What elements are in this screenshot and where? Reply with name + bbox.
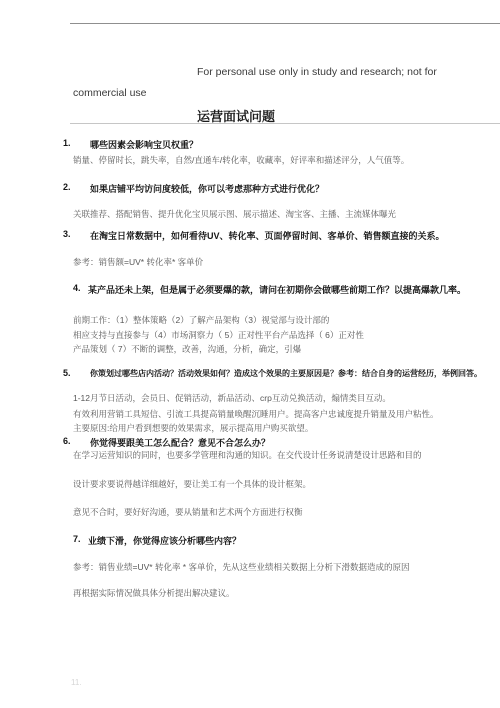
question-item-5: 5. 你策划过哪些店内活动？活动效果如何？造成这个效果的主要原因是？参考：结合自… xyxy=(0,368,500,381)
question-item-2: 2. 如果店铺平均访问度较低，你可以考虑那种方式进行优化？ xyxy=(0,182,500,195)
question-number: 5. xyxy=(63,368,71,378)
question-item-4: 4. 某产品还未上架，但是属于必须要爆的款，请问在初期你会做哪些前期工作？以提高… xyxy=(0,283,500,296)
answer-line: 前期工作：（1）整体策略（2）了解产品架构（3）视觉部与设计部的 xyxy=(73,314,329,326)
question-number: 6. xyxy=(63,436,71,446)
question-item-7: 7. 业绩下滑，你觉得应该分析哪些内容？ xyxy=(0,534,500,547)
question-text: 如果店铺平均访问度较低，你可以考虑那种方式进行优化？ xyxy=(90,182,324,195)
question-number: 7. xyxy=(73,534,81,544)
question-text: 业绩下滑，你觉得应该分析哪些内容？ xyxy=(88,534,241,547)
answer-line: 意见不合时，要好好沟通，要从销量和艺术两个方面进行权衡 xyxy=(73,506,303,518)
question-text: 在淘宝日常数据中，如何看待UV、转化率、页面停留时间、客单价、销售额直接的关系。 xyxy=(90,229,445,242)
answer-line: 销量、停留时长，跳失率，自然/直通车/转化率，收藏率，好评率和描述评分，人气值等… xyxy=(73,154,409,166)
license-disclaimer: For personal use only in study and resea… xyxy=(73,62,483,104)
answer-line: 1-12月节日活动，会员日、促销活动，新品活动、crp互动兑换活动，煽情类目互动… xyxy=(73,392,391,404)
question-item-3: 3. 在淘宝日常数据中，如何看待UV、转化率、页面停留时间、客单价、销售额直接的… xyxy=(0,229,500,242)
answer-line: 相应支持与直接参与（4）市场洞察力（ 5）正对性平台产品选择（ 6）正对性 xyxy=(73,329,364,341)
answer-line: 有效利用营销工具短信、引流工具提高销量唤醒沉睡用户。提高客户忠诚度提升销量及用户… xyxy=(73,408,439,420)
question-text: 你策划过哪些店内活动？活动效果如何？造成这个效果的主要原因是？参考：结合自身的运… xyxy=(90,368,482,379)
question-text: 哪些因素会影响宝贝权重？ xyxy=(90,138,198,151)
question-item-1: 1. 哪些因素会影响宝贝权重？ xyxy=(0,138,500,151)
disclaimer-line1: For personal use only in study and resea… xyxy=(197,62,483,83)
answer-line: 主要原因:给用户看到想要的效果需求，展示提高用户购买欲望。 xyxy=(73,422,313,434)
answer-line: 再根据实际情况做具体分析提出解决建议。 xyxy=(73,587,235,599)
question-item-6: 6. 你觉得要跟美工怎么配合？意见不合怎么办？ xyxy=(0,436,500,449)
question-number: 3. xyxy=(63,229,71,239)
answer-line: 关联推荐、搭配销售、提升优化宝贝展示图、展示描述、淘宝客、主播、主流媒体曝光 xyxy=(73,208,396,220)
footer-page-mark: 11. xyxy=(71,678,82,687)
question-number: 1. xyxy=(63,138,71,148)
answer-line: 设计要求要说得越详细越好，要让美工有一个具体的设计框架。 xyxy=(73,478,311,490)
title-divider xyxy=(70,123,500,124)
answer-line: 产品策划（ 7）不断的调整，改善，沟通，分析，确定，引爆 xyxy=(73,343,301,355)
question-text: 你觉得要跟美工怎么配合？意见不合怎么办？ xyxy=(90,436,270,449)
question-number: 2. xyxy=(63,182,71,192)
question-number: 4. xyxy=(73,283,81,293)
document-page: For personal use only in study and resea… xyxy=(0,0,500,708)
answer-line: 在学习运营知识的同时，也要多学管理和沟通的知识。在交代设计任务说清楚设计思路和目… xyxy=(73,449,422,461)
answer-line: 参考：销售额=UV* 转化率* 客单价 xyxy=(73,256,203,268)
disclaimer-line2: commercial use xyxy=(73,83,483,104)
question-text: 某产品还未上架，但是属于必须要爆的款，请问在初期你会做哪些前期工作？以提高爆款几… xyxy=(88,283,466,296)
answer-line: 参考：销售业绩=UV* 转化率 * 客单价，先从这些业绩相关数据上分析下滑数据造… xyxy=(73,561,409,573)
top-divider xyxy=(70,23,500,24)
